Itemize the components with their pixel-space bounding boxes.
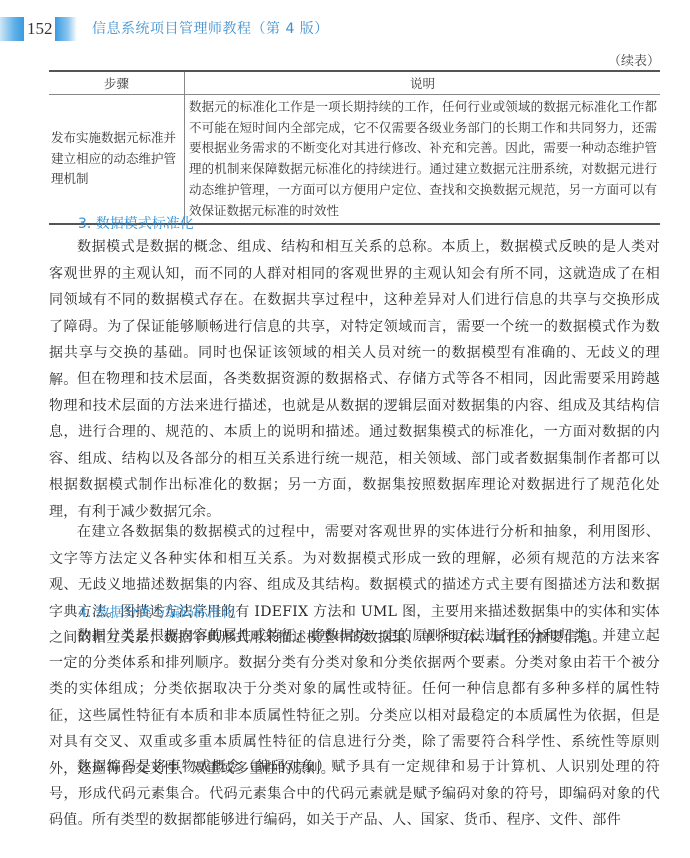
section-heading-4: 4. 数据分类与编码标准化 (78, 602, 236, 622)
paragraph: 但在物理和技术层面，各类数据资源的数据格式、存储方式等各不相同，因此需要采用跨越… (49, 366, 660, 525)
table-header-row: 步骤 说明 (49, 71, 660, 95)
header-accent-bar-left (0, 17, 24, 41)
column-header-step: 步骤 (49, 71, 185, 95)
description-cell: 数据元的标准化工作是一项长期持续的工作，任何行业或领域的数据元标准化工作都不可能… (185, 95, 661, 225)
step-cell: 发布实施数据元标准并建立相应的动态维护管理机制 (49, 95, 185, 225)
section-heading-3: 3. 数据模式标准化 (78, 213, 194, 233)
header-accent-bar-right (55, 17, 77, 41)
page-number: 152 (27, 17, 53, 41)
column-header-description: 说明 (185, 71, 661, 95)
page-header: 152 信息系统项目管理师教程（第 4 版） (0, 14, 690, 44)
paragraph: 数据编码是将事物或概念（编码对象）赋予具有一定规律和易于计算机、人识别处理的符号… (49, 754, 660, 834)
table-row: 发布实施数据元标准并建立相应的动态维护管理机制 数据元的标准化工作是一项长期持续… (49, 95, 660, 225)
book-title: 信息系统项目管理师教程（第 4 版） (92, 17, 329, 41)
steps-table: 步骤 说明 发布实施数据元标准并建立相应的动态维护管理机制 数据元的标准化工作是… (49, 70, 660, 225)
table-continued-label: （续表） (608, 50, 660, 69)
